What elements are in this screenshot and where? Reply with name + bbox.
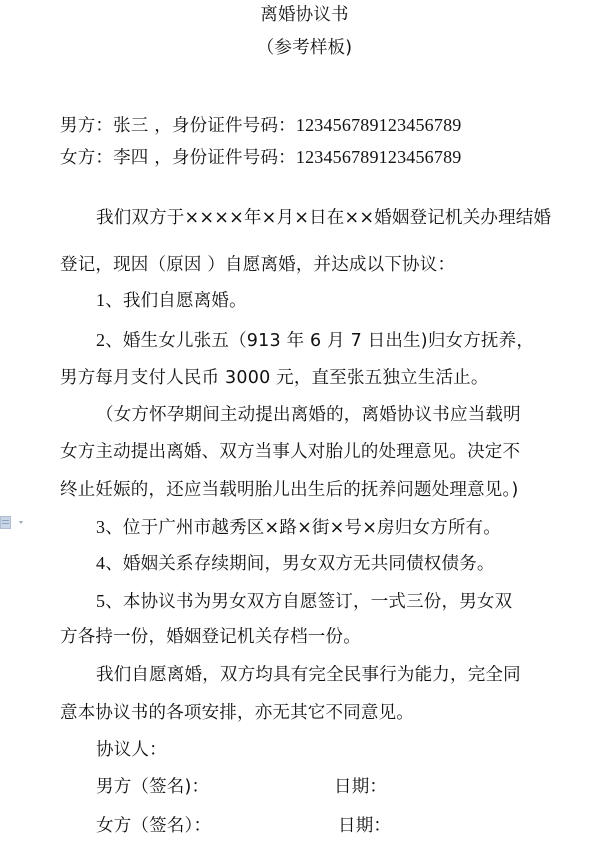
intro-line-1: 我们双方于××××年×月×日在××婚姻登记机关办理结婚 xyxy=(96,206,551,230)
clause-3-number: 3 xyxy=(96,517,105,537)
clause-3: 3、位于广州市越秀区×路×街×号×房归女方所有。 xyxy=(96,515,501,540)
paste-options-icon xyxy=(0,516,11,529)
clause-1-text: 、我们自愿离婚。 xyxy=(105,291,247,311)
signatures-heading: 协议人： xyxy=(96,738,167,762)
paste-options-button[interactable] xyxy=(0,514,26,530)
female-date-label: 日期： xyxy=(338,814,391,838)
party-female-label: 女方：李四 ，身份证件号码： xyxy=(60,148,296,168)
male-date-label: 日期： xyxy=(334,775,387,799)
clause-2-number: 2 xyxy=(96,330,105,350)
clause-5-line-2: 方各持一份，婚姻登记机关存档一份。 xyxy=(60,625,361,649)
party-male-id: 123456789123456789 xyxy=(296,115,462,135)
male-signature-label: 男方（签名)： xyxy=(96,775,209,799)
closing-line-2: 意本协议书的各项安排，亦无其它不同意见。 xyxy=(60,701,414,725)
document-title: 离婚协议书 xyxy=(0,3,609,27)
party-male: 男方：张三 ，身份证件号码：123456789123456789 xyxy=(60,113,461,138)
note-line-2: 女方主动提出离婚、双方当事人对胎儿的处理意见。决定不 xyxy=(60,440,520,464)
clause-2-text: 、婚生女儿张五（913 年 6 月 7 日出生)归女方抚养， xyxy=(105,331,534,351)
party-male-label: 男方：张三 ，身份证件号码： xyxy=(60,116,296,136)
clause-5-text: 、本协议书为男女双方自愿签订，一式三份，男女双 xyxy=(105,592,512,612)
clause-3-text: 、位于广州市越秀区×路×街×号×房归女方所有。 xyxy=(105,518,501,538)
note-line-3: 终止妊娠的，还应当载明胎儿出生后的抚养问题处理意见。) xyxy=(60,478,518,502)
clause-4-number: 4 xyxy=(96,553,105,573)
document-subtitle: （参考样板) xyxy=(0,36,609,60)
clause-4-text: 、婚姻关系存续期间，男女双方无共同债权债务。 xyxy=(105,554,494,574)
note-line-1: （女方怀孕期间主动提出离婚的，离婚协议书应当载明 xyxy=(96,403,521,427)
clause-1: 1、我们自愿离婚。 xyxy=(96,288,247,313)
clause-5-line-1: 5、本协议书为男女双方自愿签订，一式三份，男女双 xyxy=(96,589,512,614)
intro-line-2: 登记，现因（原因 ）自愿离婚，并达成以下协议： xyxy=(60,253,455,277)
party-female: 女方：李四 ，身份证件号码：123456789123456789 xyxy=(60,145,461,170)
female-signature-label: 女方（签名）： xyxy=(96,814,211,838)
chevron-down-icon xyxy=(19,521,23,524)
clause-4: 4、婚姻关系存续期间，男女双方无共同债权债务。 xyxy=(96,551,495,576)
clause-5-number: 5 xyxy=(96,591,105,611)
clause-1-number: 1 xyxy=(96,290,105,310)
clause-2-line-1: 2、婚生女儿张五（913 年 6 月 7 日出生)归女方抚养， xyxy=(96,328,534,353)
clause-2-line-2: 男方每月支付人民币 3000 元，直至张五独立生活止。 xyxy=(60,366,489,390)
party-female-id: 123456789123456789 xyxy=(296,147,462,167)
closing-line-1: 我们自愿离婚，双方均具有完全民事行为能力，完全同 xyxy=(96,663,521,687)
